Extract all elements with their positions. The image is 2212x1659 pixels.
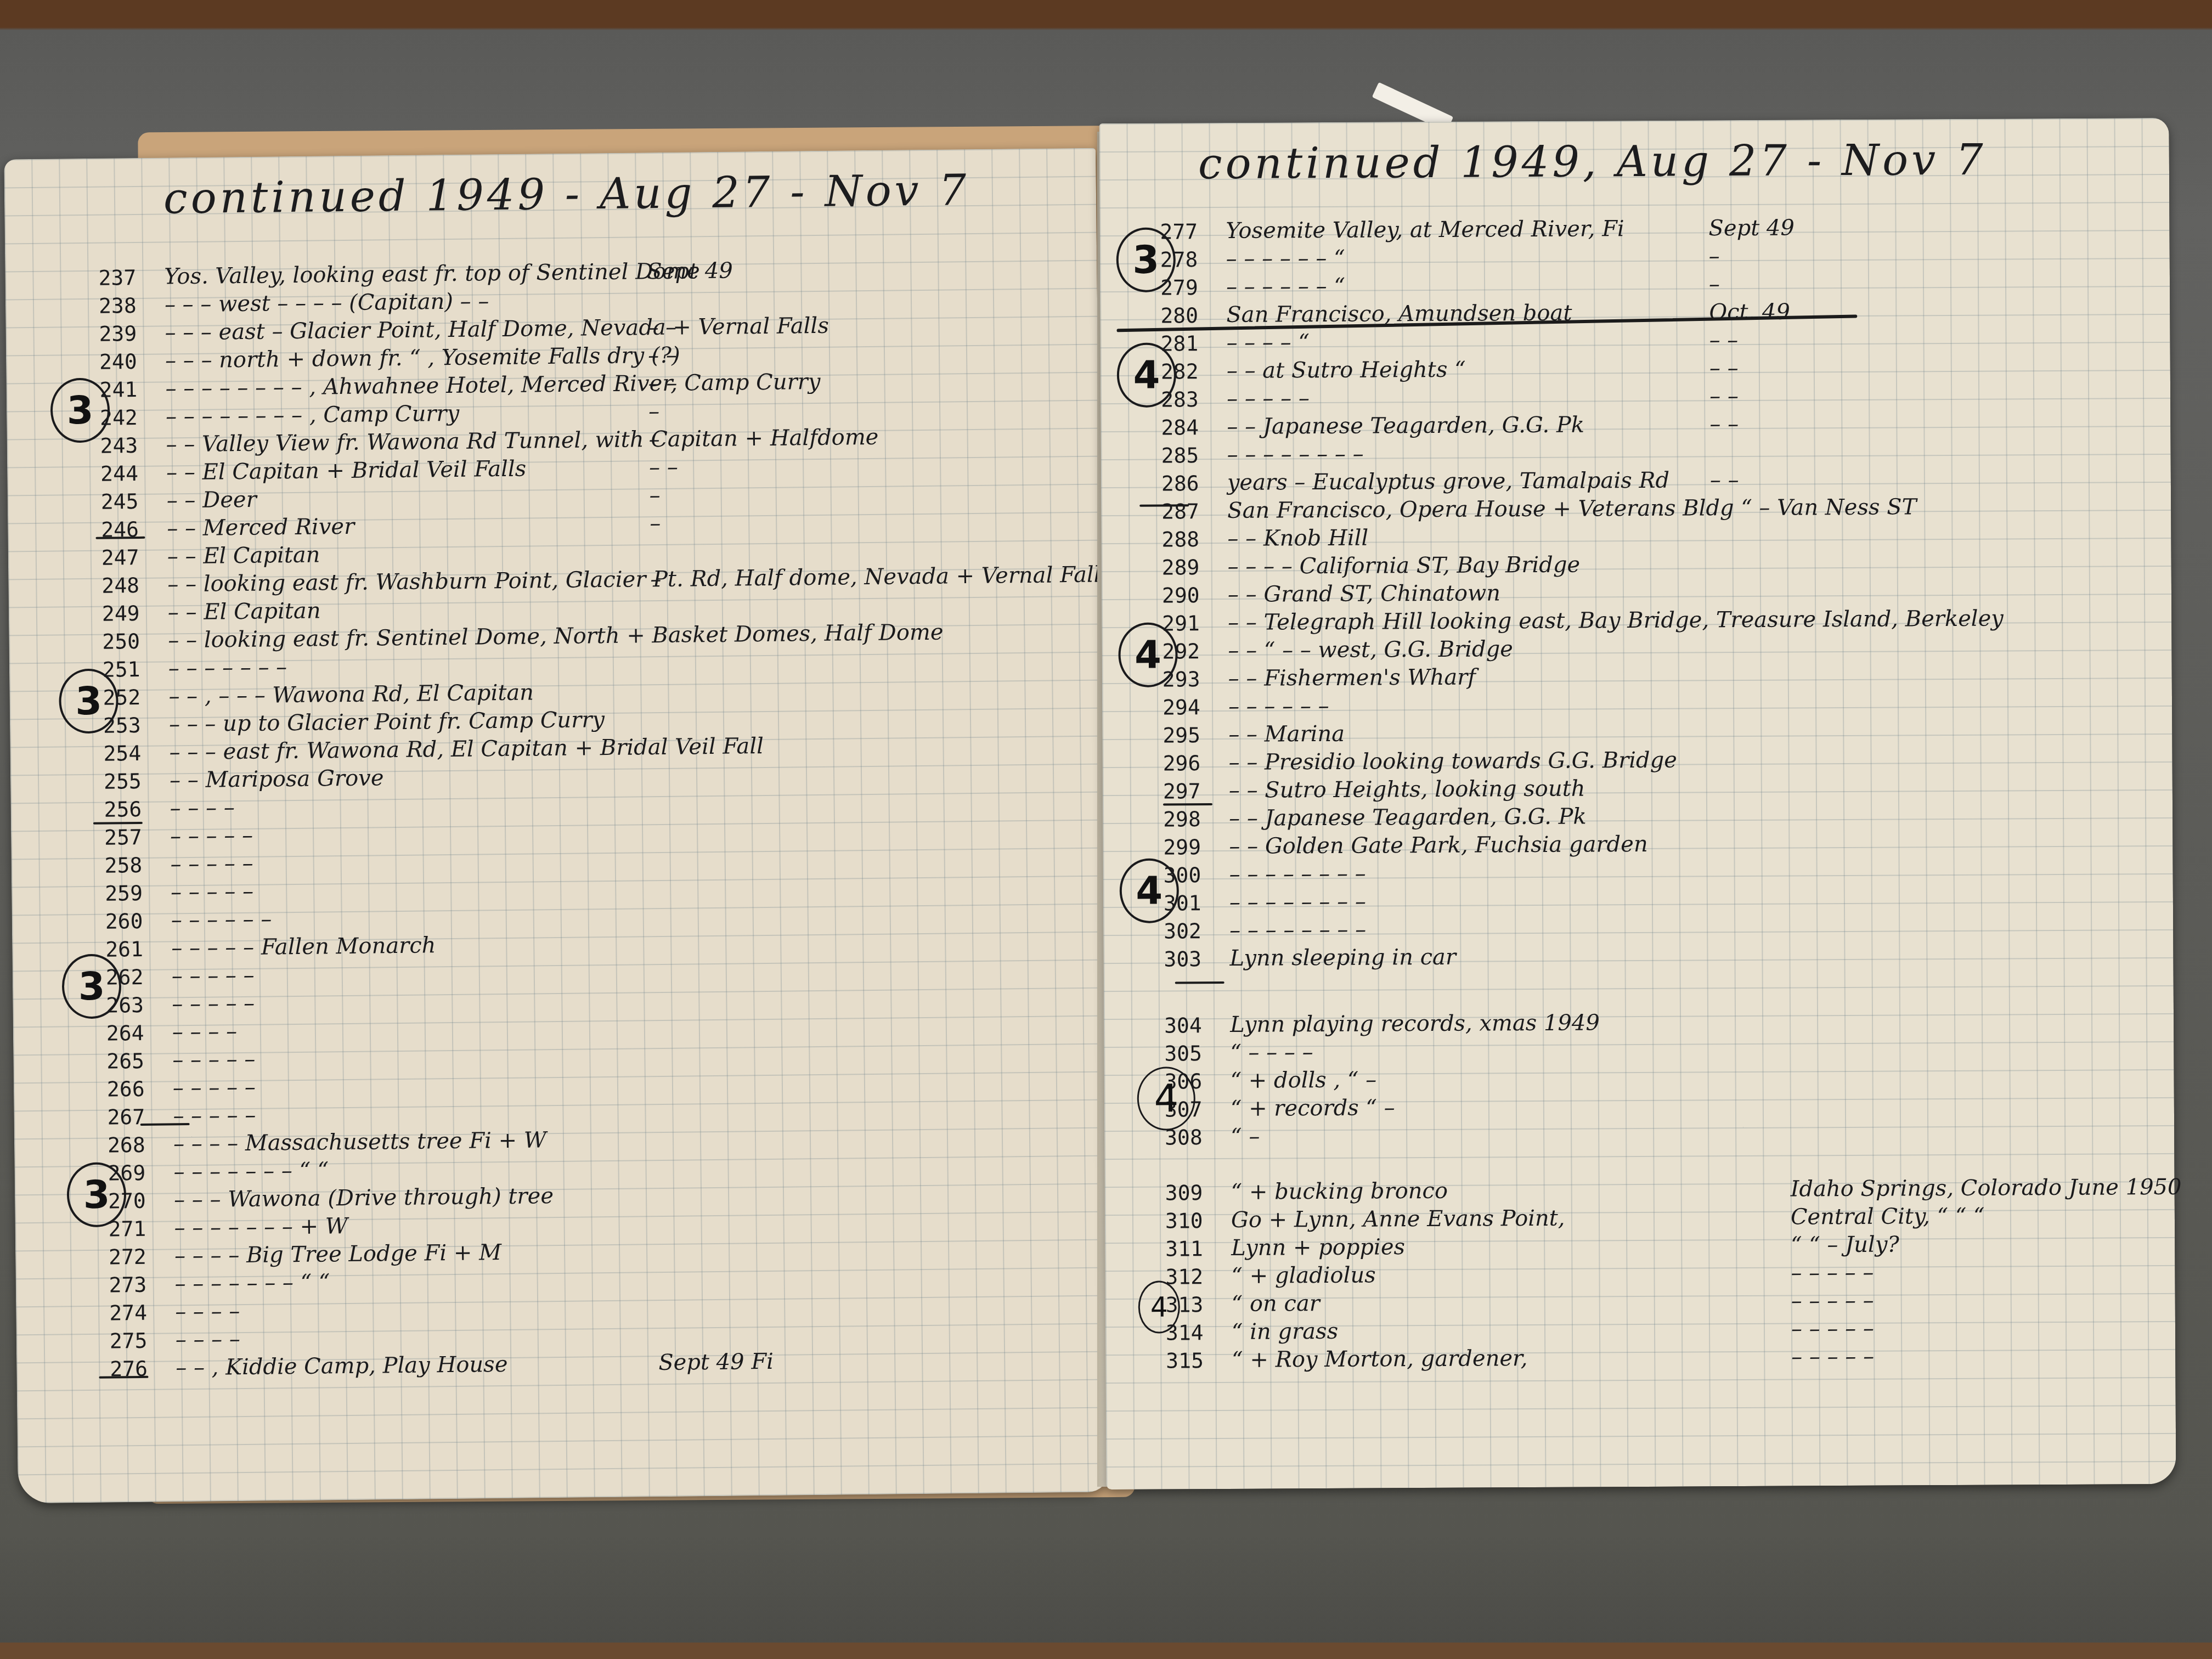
entry-row: 251– – – – – – – (103, 652, 287, 682)
entry-row: 296– – Presidio looking towards G.G. Bri… (1163, 746, 1677, 776)
circled-mark: 3 (66, 1162, 126, 1227)
entry-description: – – Fishermen's Wharf (1228, 665, 1476, 691)
entry-number: 311 (1165, 1237, 1231, 1261)
entry-description: San Francisco, Opera House + Veterans Bl… (1227, 494, 1916, 523)
entry-description: – – “ – – west, G.G. Bridge (1228, 636, 1513, 663)
entry-row: 303Lynn sleeping in car (1164, 943, 1456, 972)
entry-description: – – – west – – – – (Capitan) – – (165, 289, 489, 317)
entry-description: – – – – Big Tree Lodge Fi + M (174, 1240, 501, 1268)
entry-number: 249 (102, 601, 168, 625)
entry-row: 306“ + dolls , “ – (1164, 1065, 1376, 1093)
group-divider (1175, 981, 1224, 984)
entry-description: – – Deer (167, 487, 257, 513)
entry-row: 244– – El Capitan + Bridal Veil Falls– – (100, 454, 527, 486)
entry-row: 293– – Fishermen's Wharf (1163, 663, 1476, 692)
entry-date-note: Sept 49 Fi (658, 1349, 774, 1375)
entry-number: 280 (1160, 303, 1226, 328)
entry-number: 255 (104, 769, 170, 793)
entry-description: “ – – – – (1230, 1040, 1313, 1065)
entry-description: – – Golden Gate Park, Fuchsia garden (1229, 832, 1647, 859)
entry-number: 250 (102, 629, 168, 653)
entry-row: 302– – – – – – – – (1164, 915, 1366, 944)
entry-row: 258– – – – – (104, 849, 253, 878)
entry-description: – – Merced River (167, 514, 354, 541)
entry-description: Lynn sleeping in car (1229, 945, 1456, 971)
entry-number: 273 (109, 1272, 174, 1297)
entry-number: 259 (105, 881, 171, 905)
entry-row: 298– – Japanese Teagarden, G.G. Pk (1163, 802, 1587, 831)
entry-number: 310 (1165, 1209, 1231, 1233)
entry-description: – – looking east fr. Sentinel Dome, Nort… (168, 620, 943, 653)
entry-row: 291– – Telegraph Hill looking east, Bay … (1162, 604, 2004, 636)
entry-number: 239 (99, 321, 165, 346)
circled-mark: 4 (1118, 622, 1178, 687)
entry-date-note: – (650, 511, 661, 536)
entry-description: – – Japanese Teagarden, G.G. Pk (1227, 412, 1584, 439)
entry-description: “ – (1231, 1124, 1260, 1149)
entry-description: – – , Kiddie Camp, Play House (176, 1352, 508, 1380)
entry-row: 271– – – – – – – + W (108, 1211, 348, 1242)
circled-mark: 3 (61, 953, 121, 1019)
entry-row: 252– – , – – – Wawona Rd, El Capitan (103, 678, 534, 709)
entry-description: – – Presidio looking towards G.G. Bridge (1228, 748, 1677, 775)
entry-row: 312“ + gladiolus– – – – – (1165, 1261, 1375, 1289)
entry-row: 255– – Mariposa Grove (104, 763, 384, 793)
entry-row: 261– – – – – Fallen Monarch (105, 930, 436, 961)
entry-row: 260– – – – – – (105, 904, 272, 933)
entry-description: – – – up to Glacier Point fr. Camp Curry (169, 707, 605, 737)
entry-number: 271 (108, 1216, 174, 1241)
entry-description: – – Valley View fr. Wawona Rd Tunnel, wi… (166, 425, 878, 458)
entry-row: 238– – – west – – – – (Capitan) – – (99, 286, 489, 318)
circled-mark: 4 (1137, 1066, 1195, 1131)
entry-description: – – – – California ST, Bay Bridge (1228, 552, 1581, 579)
entry-number: 315 (1166, 1348, 1232, 1373)
entry-date-note: – – (1709, 383, 1739, 409)
entry-row: 314“ in grass– – – – – (1166, 1317, 1338, 1345)
entry-row: 286years – Eucalyptus grove, Tamalpais R… (1161, 466, 1669, 496)
entry-description: – – Knob Hill (1227, 526, 1368, 551)
entry-description: – – – – – (1227, 386, 1310, 411)
entry-description: years – Eucalyptus grove, Tamalpais Rd (1227, 468, 1669, 495)
entry-description: – – – – (175, 1299, 240, 1324)
entry-date-note: – – (1709, 356, 1739, 381)
entry-row: 307“ + records “ – (1165, 1093, 1395, 1121)
circled-mark: 3 (59, 668, 119, 733)
circled-mark: 3 (50, 377, 110, 443)
entry-row: 242– – – – – – – – , Camp Curry– (100, 399, 460, 430)
entry-description: – – , – – – Wawona Rd, El Capitan (168, 680, 534, 709)
entry-number: 256 (104, 797, 170, 821)
entry-number: 279 (1160, 275, 1226, 300)
entry-description: – – Sutro Heights, looking south (1229, 776, 1585, 803)
entry-row: 292– – “ – – west, G.G. Bridge (1162, 634, 1513, 663)
entry-number: 248 (101, 573, 167, 597)
entry-row: 287San Francisco, Opera House + Veterans… (1161, 492, 1916, 523)
entry-description: – – – – – – – “ “ (174, 1269, 330, 1296)
entry-description: – – – – – – – “ “ (173, 1158, 329, 1184)
entry-row: 299– – Golden Gate Park, Fuchsia garden (1163, 830, 1647, 860)
entry-number: 304 (1164, 1013, 1230, 1038)
entry-description: – – – – “ (1226, 330, 1310, 356)
entry-row: 279– – – – – – “– (1160, 272, 1345, 300)
entry-number: 305 (1164, 1041, 1230, 1066)
entry-number: 281 (1160, 331, 1226, 356)
entry-number: 314 (1166, 1321, 1232, 1345)
entry-row: 277Yosemite Valley, at Merced River, FiS… (1160, 214, 1624, 244)
entry-row: 247– – El Capitan (101, 540, 320, 569)
entry-number: 302 (1164, 919, 1229, 944)
entry-description: “ + Roy Morton, gardener, (1232, 1346, 1527, 1373)
entry-description: – – – east fr. Wawona Rd, El Capitan + B… (169, 733, 764, 765)
entry-number: 289 (1162, 555, 1228, 580)
entry-number: 287 (1161, 499, 1227, 524)
entry-date-note: Sept 49 (647, 258, 733, 285)
entry-description: – – El Capitan (167, 542, 320, 569)
entry-row: 290– – Grand ST, Chinatown (1162, 578, 1500, 607)
entry-number: 286 (1161, 471, 1227, 496)
entry-description: – – – – – (172, 991, 255, 1017)
entry-date-note: Sept 49 (1708, 215, 1795, 241)
entry-description: – – – – – – – – , Ahwahnee Hotel, Merced… (165, 369, 820, 401)
left-page: continued 1949 - Aug 27 - Nov 7 237Yos. … (4, 148, 1110, 1504)
entry-number: 290 (1162, 583, 1228, 608)
entry-row: 256– – – – (104, 793, 235, 821)
circled-mark: 3 (1116, 227, 1176, 292)
right-page: continued 1949, Aug 27 - Nov 7 277Yosemi… (1099, 118, 2176, 1489)
entry-row: 285– – – – – – – – (1161, 439, 1364, 468)
entry-description: – – at Sutro Heights “ (1227, 357, 1466, 383)
entry-date-note: “ “ – July? (1791, 1232, 1899, 1258)
entry-description: Lynn playing records, xmas 1949 (1230, 1010, 1600, 1037)
entry-description: “ + records “ – (1231, 1095, 1395, 1121)
entry-date-note: – (648, 427, 659, 452)
entry-description: – – Grand ST, Chinatown (1228, 580, 1500, 607)
entry-date-note: Central City, “ “ “ (1791, 1204, 1985, 1230)
entry-row: 268– – – – Massachusetts tree Fi + W (108, 1125, 546, 1157)
entry-date-note: – – (1709, 411, 1739, 437)
entry-description: Lynn + poppies (1231, 1234, 1405, 1261)
entry-description: – – Japanese Teagarden, G.G. Pk (1229, 804, 1587, 831)
entry-row: 265– – – – – (106, 1045, 255, 1074)
entry-date-note: – (650, 567, 661, 592)
entry-number: 288 (1161, 527, 1227, 552)
entry-date-note: – – (1709, 328, 1738, 353)
entry-number: 291 (1162, 611, 1228, 636)
entry-number: 268 (108, 1132, 173, 1157)
entry-number: 297 (1163, 779, 1229, 804)
entry-date-note: – (1709, 272, 1720, 297)
entry-row: 304Lynn playing records, xmas 1949 (1164, 1008, 1600, 1037)
entry-row: 274– – – – (109, 1296, 240, 1325)
entry-date-note: – (649, 483, 660, 508)
entry-number: 267 (107, 1104, 173, 1129)
entry-row: 259– – – – – (105, 877, 253, 906)
entry-description: – – El Capitan + Bridal Veil Falls (166, 456, 527, 486)
entry-description: – – – – – (173, 1075, 256, 1101)
entry-row: 301– – – – – – – – (1164, 887, 1366, 916)
entry-number: 275 (110, 1328, 176, 1353)
entry-number: 264 (106, 1020, 172, 1045)
entry-number: 295 (1163, 723, 1228, 748)
entry-row: 313“ on car– – – – – (1166, 1289, 1320, 1317)
entry-row: 257– – – – – (104, 821, 253, 850)
entry-number: 245 (101, 489, 167, 513)
entry-description: – – – – (170, 795, 235, 821)
entry-row: 276– – , Kiddie Camp, Play HouseSept 49 … (110, 1350, 508, 1381)
entry-description: – – – – – – – (168, 654, 287, 681)
entry-row: 281– – – – “– – (1160, 328, 1310, 356)
entry-number: 240 (99, 349, 165, 374)
entry-number: 309 (1165, 1181, 1231, 1205)
entry-description: – – – – – – – – (1229, 917, 1366, 943)
left-page-heading: continued 1949 - Aug 27 - Nov 7 (163, 166, 970, 223)
entry-row: 253– – – up to Glacier Point fr. Camp Cu… (103, 705, 605, 738)
entry-description: – – – – – Fallen Monarch (171, 933, 436, 961)
entry-description: – – – – Massachusetts tree Fi + W (173, 1127, 546, 1156)
entry-row: 273– – – – – – – “ “ (109, 1267, 330, 1297)
entry-description: – – – – (176, 1327, 241, 1352)
entry-description: – – – – – – “ (1226, 274, 1345, 300)
entry-row: 305“ – – – – (1164, 1037, 1313, 1065)
entry-description: – – – north + down fr. “ , Yosemite Fall… (165, 343, 680, 374)
entry-description: – – – – – (170, 823, 253, 849)
entry-description: “ + gladiolus (1231, 1263, 1375, 1289)
entry-row: 315“ + Roy Morton, gardener,– – – – – (1166, 1344, 1527, 1373)
entry-description: – – – – – – – – , Camp Curry (166, 401, 460, 430)
entry-description: – – Mariposa Grove (170, 765, 384, 793)
entry-description: – – – – – (172, 1047, 255, 1073)
entry-description: Go + Lynn, Anne Evans Point, (1231, 1206, 1565, 1233)
entry-date-note: – – (647, 315, 676, 341)
entry-description: “ on car (1232, 1291, 1320, 1317)
right-entry-list: 277Yosemite Valley, at Merced River, FiS… (1160, 211, 2154, 1478)
entry-number: 243 (100, 433, 166, 458)
entry-date-note: – – (1710, 467, 1739, 493)
entry-row: 270– – – Wawona (Drive through) tree (108, 1181, 554, 1213)
entry-number: 241 (99, 377, 165, 402)
entry-row: 309“ + bucking broncoIdaho Springs, Colo… (1165, 1176, 1448, 1205)
entry-number: 284 (1161, 415, 1227, 440)
entry-number: 312 (1165, 1265, 1231, 1289)
entry-number: 277 (1160, 219, 1226, 244)
entry-description: – – El Capitan (168, 598, 321, 625)
entry-description: – – – – – (172, 963, 255, 989)
entry-row: 288– – Knob Hill (1161, 523, 1368, 552)
entry-description: – – – – – – – – (1227, 442, 1364, 467)
entry-number: 237 (98, 265, 164, 290)
entry-description: – – – east – Glacier Point, Half Dome, N… (165, 313, 829, 346)
entry-row: 262– – – – – (106, 961, 255, 990)
entry-description: – – – – – – – + W (174, 1214, 348, 1240)
entry-number: 298 (1163, 807, 1229, 832)
circled-mark: 4 (1120, 858, 1180, 923)
entry-number: 254 (103, 741, 169, 765)
entry-description: – – – Wawona (Drive through) tree (174, 1183, 554, 1212)
entry-date-note: Oct. 49 (1709, 300, 1790, 325)
entry-row: 263– – – – – (106, 989, 255, 1018)
entry-row: 284– – Japanese Teagarden, G.G. Pk– – (1161, 410, 1584, 439)
entry-row: 272– – – – Big Tree Lodge Fi + M (109, 1238, 501, 1269)
entry-row: 275– – – – (110, 1324, 241, 1353)
entry-description: “ + dolls , “ – (1231, 1067, 1377, 1093)
entry-number: 251 (103, 657, 168, 681)
entry-row: 297– – Sutro Heights, looking south (1163, 774, 1585, 804)
entry-number: 247 (101, 545, 167, 569)
entry-description: – – – – – – – – (1229, 889, 1366, 915)
entry-description: – – Marina (1228, 721, 1345, 747)
left-entry-list: 237Yos. Valley, looking east fr. top of … (98, 252, 1098, 1470)
entry-number: 303 (1164, 947, 1229, 972)
entry-description: – – – – – – (171, 906, 272, 933)
entry-description: Yos. Valley, looking east fr. top of Sen… (164, 258, 700, 289)
entry-number: 261 (105, 936, 171, 961)
entry-number: 257 (104, 825, 170, 849)
entry-row: 311Lynn + poppies“ “ – July? (1165, 1232, 1405, 1261)
entry-number: 274 (109, 1300, 175, 1325)
circled-mark: 4 (1138, 1280, 1181, 1333)
entry-number: 258 (104, 853, 170, 877)
entry-row: 278– – – – – – “– (1160, 244, 1345, 272)
entry-date-note: – – – – – (1791, 1316, 1874, 1342)
entry-description: – – Telegraph Hill looking east, Bay Bri… (1228, 606, 2004, 635)
entry-row: 295– – Marina (1163, 719, 1345, 748)
entry-number: 238 (99, 293, 165, 318)
entry-date-note: – – (649, 455, 678, 481)
entry-date-note: – (1709, 244, 1720, 269)
entry-row: 237Yos. Valley, looking east fr. top of … (98, 256, 700, 290)
entry-row: 310Go + Lynn, Anne Evans Point,Central C… (1165, 1204, 1565, 1233)
entry-date-note: – – – – – (1791, 1260, 1874, 1286)
entry-date-note: – – (648, 343, 677, 369)
group-divider (1139, 504, 1189, 506)
entry-number: 266 (107, 1076, 173, 1101)
entry-row: 264– – – – (106, 1017, 238, 1045)
entry-date-note: – – – – – (1791, 1288, 1874, 1314)
entry-number: 272 (109, 1244, 174, 1269)
entry-number: 299 (1163, 835, 1229, 860)
entry-description: Yosemite Valley, at Merced River, Fi (1226, 216, 1624, 244)
entry-number: 285 (1161, 443, 1227, 468)
entry-description: “ + bucking bronco (1231, 1178, 1448, 1205)
entry-number: 294 (1163, 695, 1228, 720)
entry-date-note: Idaho Springs, Colorado June 1950 (1791, 1175, 2182, 1202)
entry-row: 283– – – – –– – (1161, 383, 1310, 411)
entry-description: – – – – – (171, 879, 253, 905)
entry-description: – – – – (172, 1019, 238, 1045)
entry-row: 282– – at Sutro Heights “– – (1161, 355, 1466, 384)
entry-row: 249– – El Capitan (102, 596, 321, 625)
entry-description: – – – – – – – – (1229, 861, 1366, 887)
entry-date-note: – – (648, 371, 677, 397)
entry-row: 300– – – – – – – – (1164, 859, 1366, 888)
entry-date-note: – – – – – (1791, 1344, 1874, 1370)
entry-row: 269– – – – – – – “ “ (108, 1155, 329, 1185)
entry-description: “ in grass (1232, 1319, 1338, 1345)
entry-description: – – – – – – “ (1226, 246, 1345, 272)
entry-number: 296 (1163, 751, 1228, 776)
entry-row: 294– – – – – – (1163, 691, 1329, 720)
entry-number: 260 (105, 909, 171, 933)
entry-row: 266– – – – – (107, 1073, 256, 1102)
entry-row: 289– – – – California ST, Bay Bridge (1162, 550, 1581, 580)
entry-date-note: – (648, 399, 659, 424)
group-divider (1163, 803, 1212, 805)
entry-number: 265 (106, 1048, 172, 1073)
entry-row: 245– – Deer– (100, 485, 256, 514)
entry-description: – – – – – (170, 851, 253, 877)
entry-number: 244 (100, 461, 166, 486)
circled-mark: 4 (1117, 342, 1177, 408)
entry-description: – – – – – – (1228, 693, 1329, 719)
right-page-heading: continued 1949, Aug 27 - Nov 7 (1198, 136, 1987, 189)
